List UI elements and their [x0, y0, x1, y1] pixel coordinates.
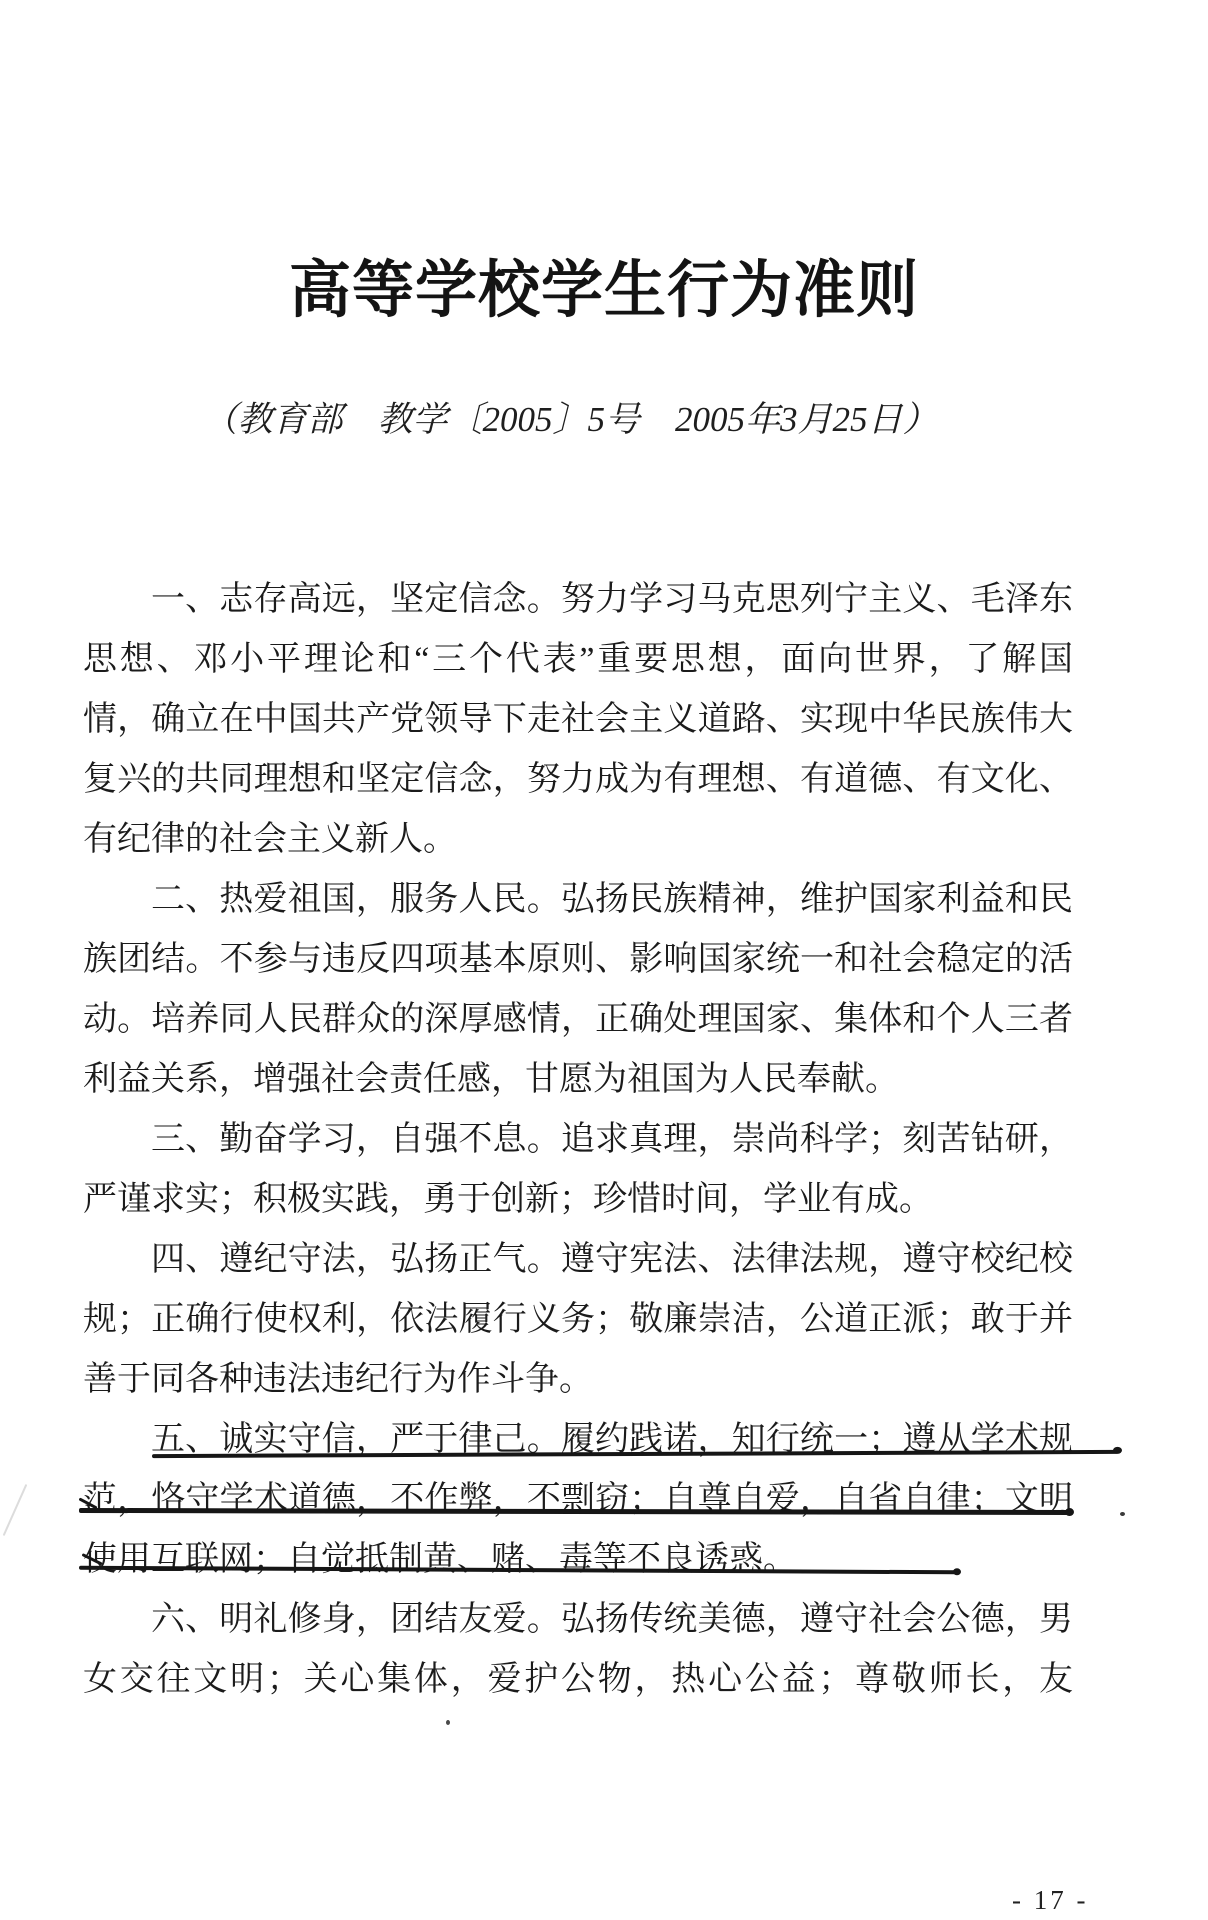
document-title: 高等学校学生行为准则	[0, 240, 1208, 329]
body-line: 三、勤奋学习，自强不息。追求真理，崇尚科学；刻苦钻研，	[83, 1110, 1073, 1170]
body-line: 五、诚实守信，严于律己。履约践诺，知行统一；遵从学术规	[83, 1410, 1073, 1470]
body-line: 严谨求实；积极实践，勇于创新；珍惜时间，学业有成。	[83, 1170, 1073, 1230]
body-line: 六、明礼修身，团结友爱。弘扬传统美德，遵守社会公德，男	[83, 1590, 1073, 1650]
body-line: 女交往文明；关心集体，爱护公物，热心公益；尊敬师长，友	[83, 1650, 1073, 1710]
body-line: 思想、邓小平理论和“三个代表”重要思想，面向世界，了解国	[83, 630, 1073, 690]
document-issuer-line: （教育部 教学〔2005〕5号 2005年3月25日）	[0, 392, 1174, 442]
document-body: 一、志存高远，坚定信念。努力学习马克思列宁主义、毛泽东 思想、邓小平理论和“三个…	[83, 570, 1073, 1710]
body-line: 四、遵纪守法，弘扬正气。遵守宪法、法律法规，遵守校纪校	[83, 1230, 1073, 1290]
body-line: 一、志存高远，坚定信念。努力学习马克思列宁主义、毛泽东	[83, 570, 1073, 630]
scan-artifact-dot	[446, 1720, 450, 1725]
body-line: 利益关系，增强社会责任感，甘愿为祖国为人民奉献。	[83, 1050, 1073, 1110]
body-line: 有纪律的社会主义新人。	[83, 810, 1073, 870]
page-number: - 17 -	[1012, 1885, 1088, 1916]
body-line: 范，恪守学术道德，不作弊，不剽窃；自尊自爱，自省自律；文明	[83, 1470, 1073, 1530]
body-line: 族团结。不参与违反四项基本原则、影响国家统一和社会稳定的活	[83, 930, 1073, 990]
body-line: 善于同各种违法违纪行为作斗争。	[83, 1350, 1073, 1410]
body-line: 使用互联网；自觉抵制黄、赌、毒等不良诱惑。	[83, 1530, 1073, 1590]
body-line: 动。培养同人民群众的深厚感情，正确处理国家、集体和个人三者	[83, 990, 1073, 1050]
scanned-document-page: 高等学校学生行为准则 （教育部 教学〔2005〕5号 2005年3月25日） 一…	[0, 0, 1208, 1920]
body-line: 规；正确行使权利，依法履行义务；敬廉崇洁，公道正派；敢于并	[83, 1290, 1073, 1350]
body-line: 情，确立在中国共产党领导下走社会主义道路、实现中华民族伟大	[83, 690, 1073, 750]
body-line: 二、热爱祖国，服务人民。弘扬民族精神，维护国家利益和民	[83, 870, 1073, 930]
scan-artifact-speck	[1120, 1512, 1125, 1516]
scan-artifact-smudge	[3, 1484, 28, 1536]
body-line: 复兴的共同理想和坚定信念，努力成为有理想、有道德、有文化、	[83, 750, 1073, 810]
